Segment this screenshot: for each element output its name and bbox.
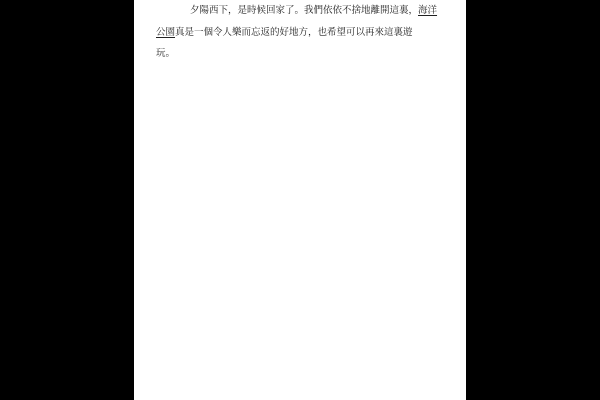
line3-text: 玩。 — [156, 48, 175, 59]
paragraph: 夕陽西下，是時候回家了。我們依依不捨地離開這裏，海洋 公園真是一個令人樂而忘返的… — [156, 0, 446, 65]
proper-noun-underline-part1: 海洋 — [418, 5, 437, 16]
paragraph-line-3: 玩。 — [156, 43, 446, 65]
proper-noun-underline-part2: 公園 — [156, 27, 175, 38]
paragraph-line-1: 夕陽西下，是時候回家了。我們依依不捨地離開這裏，海洋 — [156, 0, 446, 22]
paragraph-line-2: 公園真是一個令人樂而忘返的好地方，也希望可以再來這裏遊 — [156, 22, 446, 44]
line1-text: 夕陽西下，是時候回家了。我們依依不捨地離開這裏， — [190, 5, 418, 16]
document-page: 夕陽西下，是時候回家了。我們依依不捨地離開這裏，海洋 公園真是一個令人樂而忘返的… — [134, 0, 466, 400]
line2-text: 真是一個令人樂而忘返的好地方，也希望可以再來這裏遊 — [175, 27, 413, 38]
viewer-canvas: 夕陽西下，是時候回家了。我們依依不捨地離開這裏，海洋 公園真是一個令人樂而忘返的… — [0, 0, 600, 400]
